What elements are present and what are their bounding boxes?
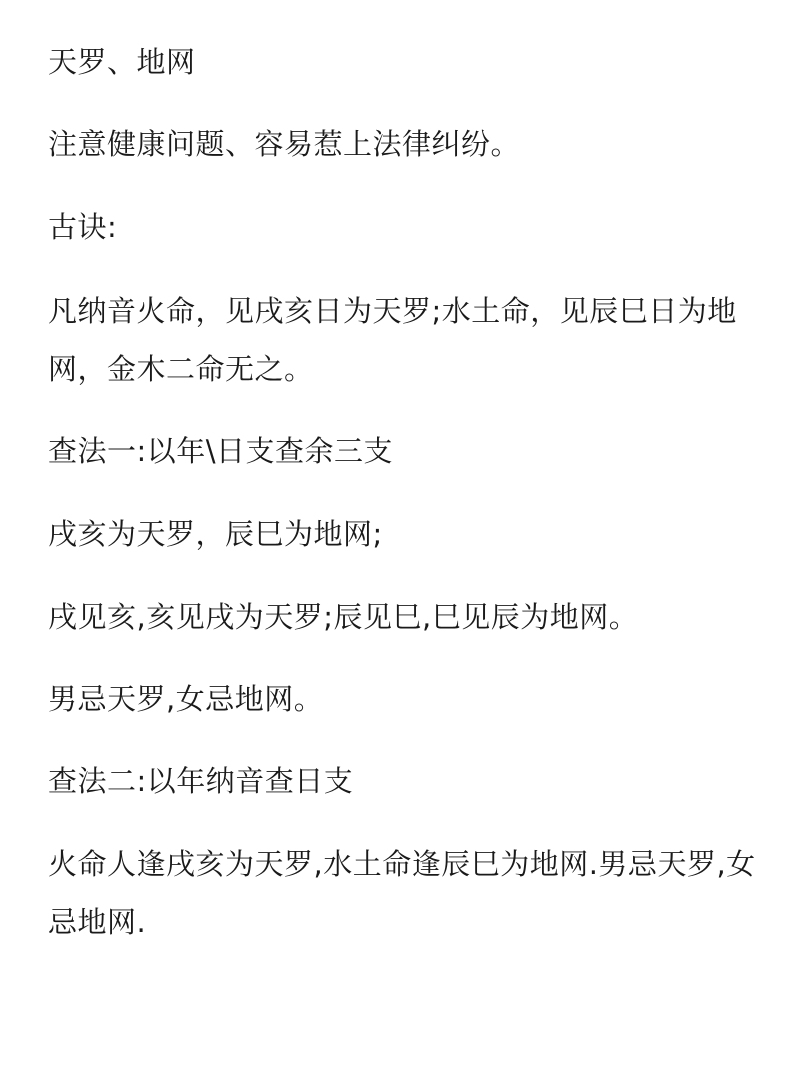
paragraph-method-one-detail: 戌见亥,亥见戌为天罗;辰见巳,巳见辰为地网。 [48,588,758,646]
paragraph-method-two-detail: 火命人逢戌亥为天罗,水土命逢辰巳为地网.男忌天罗,女忌地网. [48,835,758,951]
document-page: 天罗、地网 注意健康问题、容易惹上法律纠纷。 古诀: 凡纳音火命，见戌亥日为天罗… [0,0,800,1092]
paragraph-gender-rule: 男忌天罗,女忌地网。 [48,670,758,728]
title-heading: 天罗、地网 [48,33,758,91]
paragraph-warning: 注意健康问题、容易惹上法律纠纷。 [48,115,758,173]
paragraph-method-one-rule: 戌亥为天罗，辰巳为地网; [48,505,758,563]
paragraph-ancient-formula-label: 古诀: [48,198,758,256]
paragraph-method-one-heading: 查法一:以年\日支查余三支 [48,422,758,480]
paragraph-method-two-heading: 查法二:以年纳音查日支 [48,752,758,810]
paragraph-ancient-formula: 凡纳音火命，见戌亥日为天罗;水土命，见辰巳日为地网，金木二命无之。 [48,282,758,398]
